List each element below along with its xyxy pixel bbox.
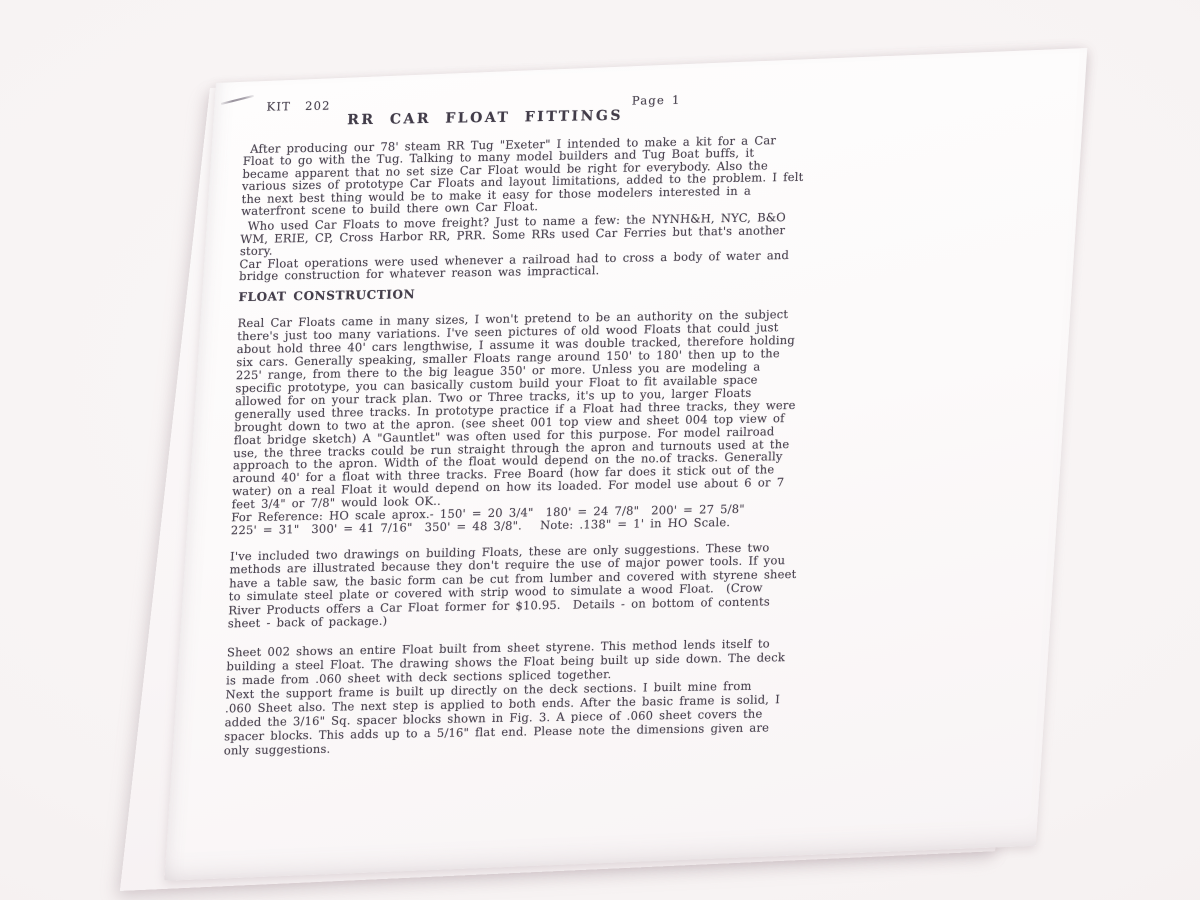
paragraph: Who used Car Floats to move freight? Jus… [239,213,723,283]
page-content: KIT 202 Page 1 RR CAR FLOAT FITTINGS Aft… [224,87,727,758]
page-body: After producing our 78' steam RR Tug "Ex… [224,135,726,758]
page-number: Page 1 [632,94,681,108]
paragraph: I've included two drawings on building F… [228,542,713,630]
photo-background: KIT 202 Page 1 RR CAR FLOAT FITTINGS Aft… [0,0,1200,900]
kit-label: KIT 202 [266,100,330,114]
paragraph: After producing our 78' steam RR Tug "Ex… [241,135,725,217]
paragraph: Sheet 002 shows an entire Float built fr… [224,638,710,758]
section-heading: FLOAT CONSTRUCTION [238,284,720,305]
paragraph: Real Car Floats came in many sizes, I wo… [231,310,720,538]
